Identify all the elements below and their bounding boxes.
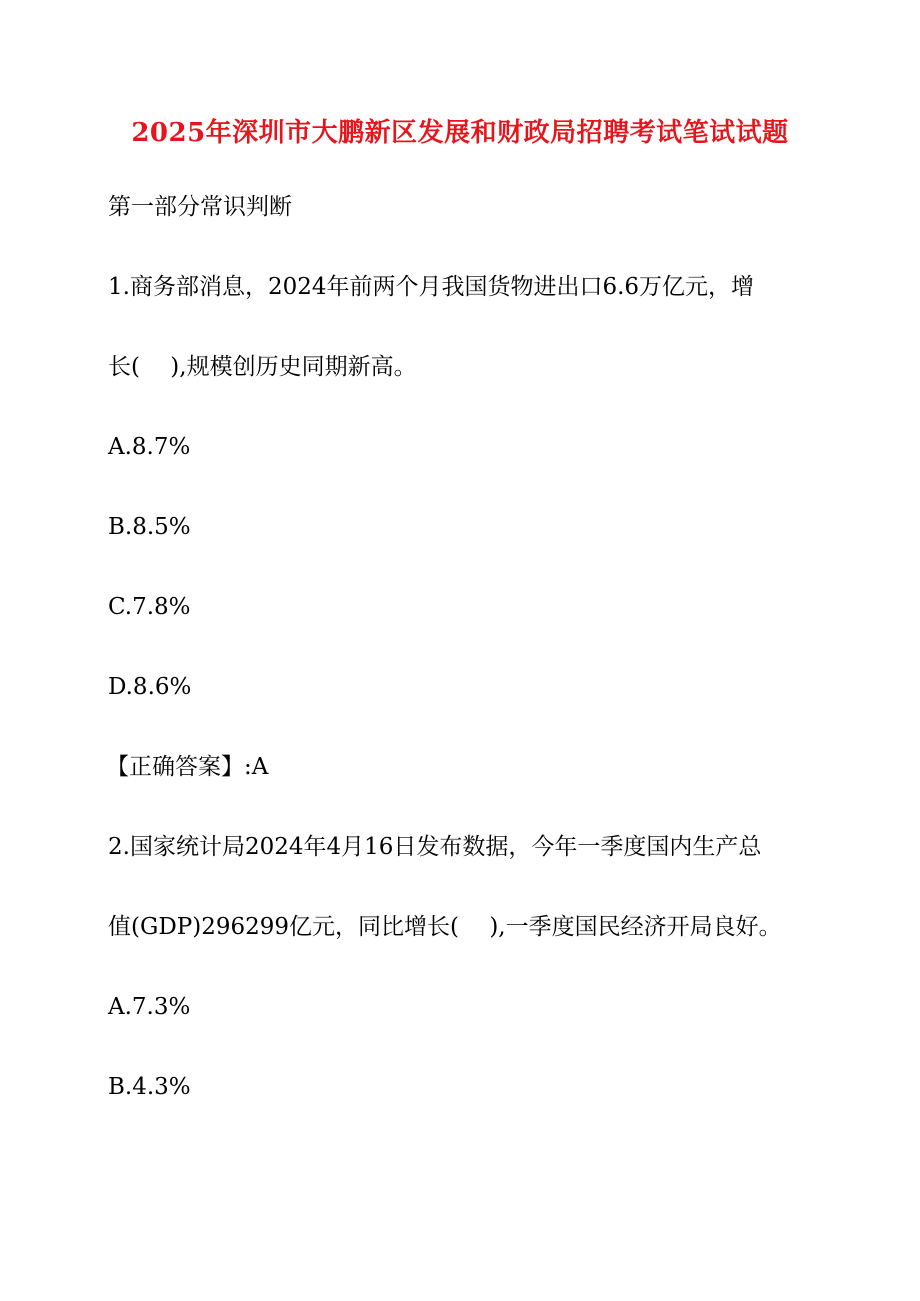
question-text: 长( ),规模创历史同期新高。 bbox=[108, 352, 417, 382]
option-d: D.8.6% bbox=[108, 672, 191, 702]
document-title: 2025年深圳市大鹏新区发展和财政局招聘考试笔试试题 bbox=[0, 112, 920, 149]
question-text: 值(GDP)296299亿元，同比增长( ),一季度国民经济开局良好。 bbox=[108, 912, 782, 942]
question-text: 1.商务部消息，2024年前两个月我国货物进出口6.6万亿元，增 bbox=[108, 272, 754, 302]
option-b: B.4.3% bbox=[108, 1072, 191, 1102]
option-c: C.7.8% bbox=[108, 592, 191, 622]
option-b: B.8.5% bbox=[108, 512, 191, 542]
section-heading: 第一部分常识判断 bbox=[108, 192, 292, 222]
question-text: 2.国家统计局2024年4月16日发布数据，今年一季度国内生产总 bbox=[108, 832, 761, 862]
correct-answer: 【正确答案】:A bbox=[106, 752, 268, 782]
option-a: A.7.3% bbox=[108, 992, 190, 1022]
option-a: A.8.7% bbox=[108, 432, 190, 462]
